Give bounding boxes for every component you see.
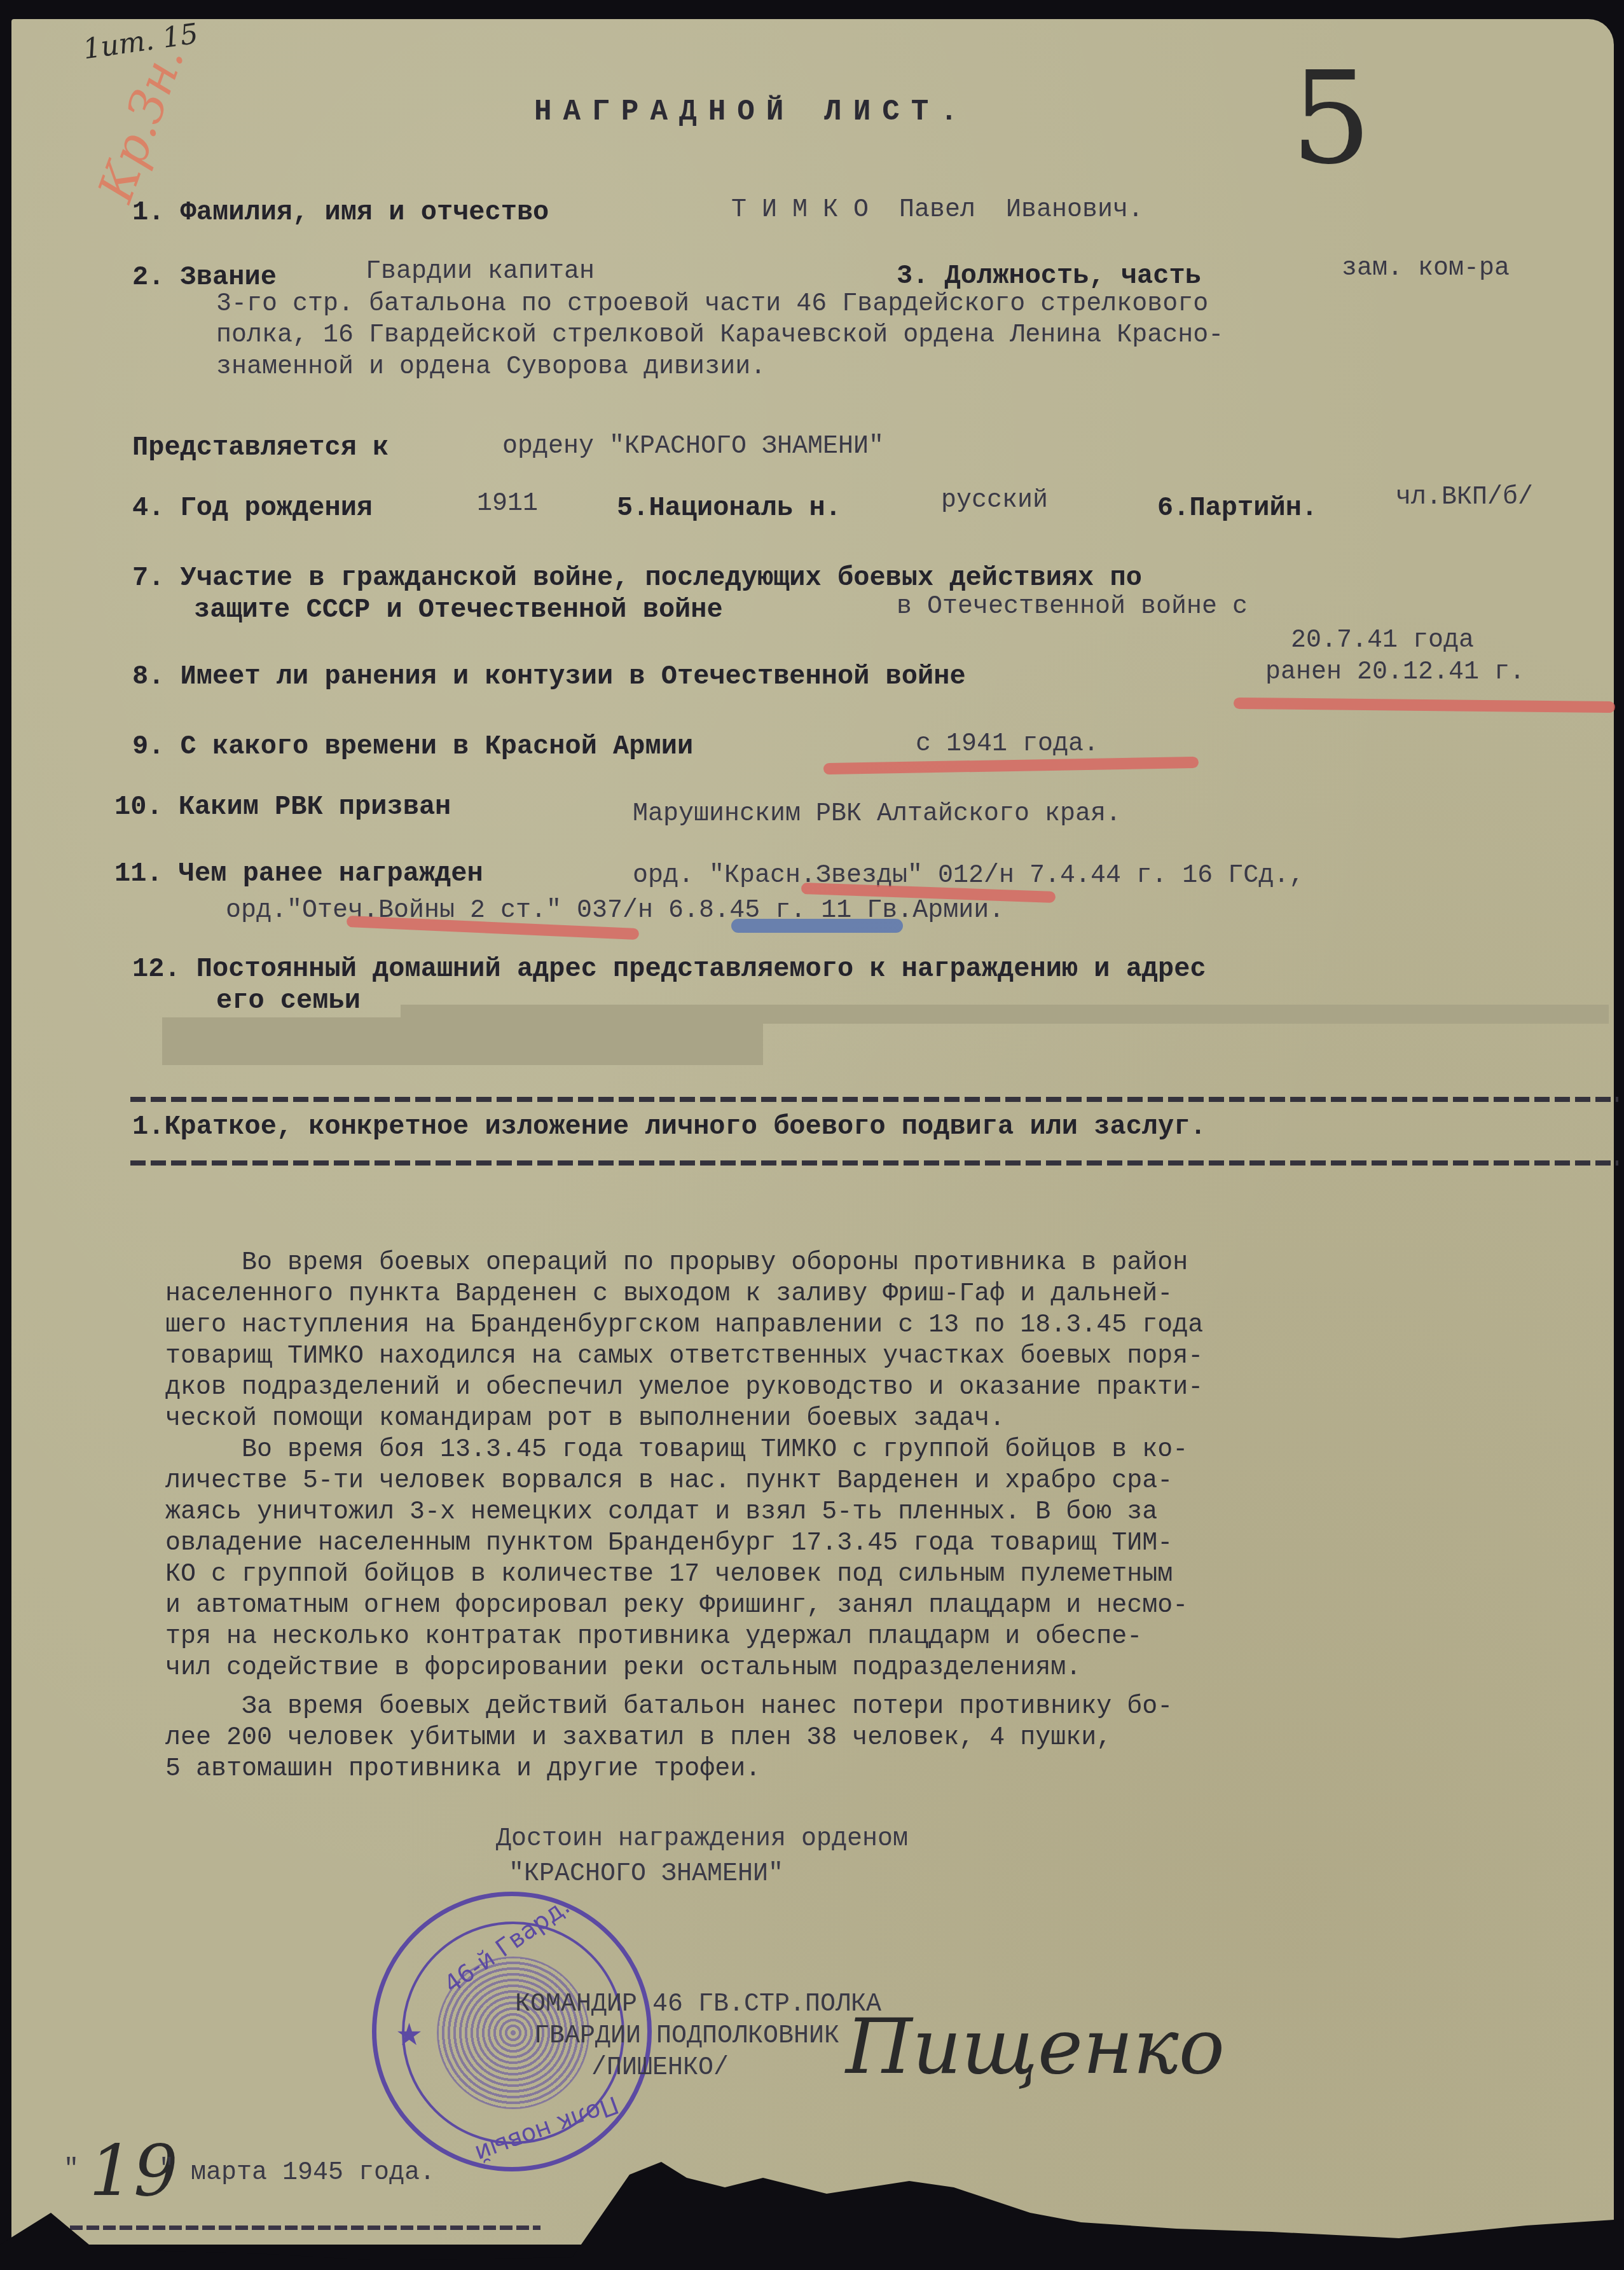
conclusion-line-2-award: "КРАСНОГО ЗНАМЕНИ" (509, 1860, 783, 1888)
field-3-value-unit-line-3: знаменной и ордена Суворова дивизии. (216, 353, 766, 382)
narrative-line: тря на несколько контратак противника уд… (165, 1621, 1142, 1653)
narrative-line: овладение населенным пунктом Бранденбург… (165, 1528, 1173, 1559)
field-4-value-birth-year: 1911 (477, 490, 538, 518)
field-12-label-line-2: его семьи (216, 986, 361, 1016)
field-3-value-unit-line-2: полка, 16 Гвардейской стрелковой Карачев… (216, 321, 1223, 350)
document-title: НАГРАДНОЙ ЛИСТ. (534, 95, 969, 128)
field-1-label: 1. Фамилия, имя и отчество (132, 197, 549, 228)
field-3-value-position: зам. ком-ра (1342, 254, 1510, 283)
field-8-label: 8. Имеет ли ранения и контузии в Отечест… (132, 661, 966, 692)
field-10-value-draft-office: Марушинским РВК Алтайского края. (633, 800, 1121, 829)
signature-name-typed: /ПИШЕНКО/ (591, 2054, 729, 2082)
divider-dashes-top (130, 1097, 1618, 1102)
presented-label: Представляется к (132, 432, 389, 463)
narrative-line: и автоматным огнем форсировал реку Фриши… (165, 1590, 1188, 1621)
field-5-value-nationality: русский (941, 486, 1048, 515)
narrative-line: чил содействие в форсировании реки остал… (165, 1653, 1081, 1684)
field-2-label: 2. Звание (132, 262, 277, 292)
narrative-line: Во время боя 13.3.45 года товарищ ТИМКО … (165, 1434, 1188, 1466)
field-11-value-line-1: орд. "Красн.Звезды" 012/н 7.4.44 г. 16 Г… (633, 862, 1304, 890)
narrative-line: лее 200 человек убитыми и захватил в пле… (165, 1723, 1111, 1754)
signature-title-line-2: ГВАРДИИ ПОДПОЛКОВНИК (534, 2022, 839, 2051)
field-1-value-full-name: Т И М К О Павел Иванович. (731, 196, 1143, 224)
narrative-line: За время боевых действий батальон нанес … (165, 1691, 1173, 1723)
blue-pencil-underline-order-number (731, 919, 903, 933)
page-number-handwritten: 5 (1291, 45, 1372, 193)
stamp-star-icon: ★ (396, 2017, 423, 2053)
field-10-label: 10. Каким РВК призван (114, 792, 451, 822)
narrative-line: жаясь уничтожил 3-х немецких солдат и вз… (165, 1497, 1157, 1528)
field-7-label-line-1: 7. Участие в гражданской войне, последую… (132, 563, 1142, 593)
field-9-label: 9. С какого времени в Красной Армии (132, 731, 693, 762)
field-6-value-party: чл.ВКП/б/ (1396, 483, 1533, 512)
narrative-line: шего наступления на Бранденбургском напр… (165, 1310, 1203, 1341)
presented-value-award: ордену "КРАСНОГО ЗНАМЕНИ" (502, 432, 884, 461)
narrative-line: КО с группой бойцов в количестве 17 чело… (165, 1559, 1173, 1590)
narrative-line: населенного пункта Варденен с выходом к … (165, 1279, 1173, 1310)
narrative-line: товарищ ТИМКО находился на самых ответст… (165, 1341, 1203, 1372)
field-4-label: 4. Год рождения (132, 493, 373, 523)
field-3-value-unit-line-1: 3-го стр. батальона по строевой части 46… (216, 289, 1208, 320)
narrative-line: Во время боевых операций по прорыву обор… (165, 1248, 1188, 1279)
divider-dashes-bottom (130, 1160, 1618, 1166)
torn-paper-edge (0, 2117, 1624, 2270)
field-11-label: 11. Чем ранее награжден (114, 858, 483, 889)
field-2-value-rank: Гвардии капитан (366, 258, 595, 286)
narrative-line: ческой помощи командирам рот в выполнени… (165, 1403, 1005, 1434)
narrative-line: дков подразделений и обеспечил умелое ру… (165, 1372, 1203, 1403)
redacted-address-block-2 (162, 1017, 763, 1065)
section-heading-feat-summary: 1.Краткое, конкретное изложение личного … (132, 1111, 1206, 1142)
narrative-line: 5 автомашин противника и другие трофеи. (165, 1754, 760, 1785)
field-5-label: 5.Националь н. (617, 493, 841, 523)
narrative-line: личестве 5-ти человек ворвался в нас. пу… (165, 1466, 1173, 1497)
field-7-value-date: 20.7.41 года (1291, 626, 1474, 655)
field-7-label-line-2: защите СССР и Отечественной войне (194, 595, 723, 625)
conclusion-line-1: Достоин награждения орденом (496, 1825, 908, 1854)
signature-title-line-1: КОМАНДИР 46 ГВ.СТР.ПОЛКА (515, 1990, 881, 2019)
field-6-label: 6.Партийн. (1157, 493, 1318, 523)
field-3-label: 3. Должность, часть (897, 261, 1201, 291)
field-9-value-service-start: с 1941 года. (916, 730, 1099, 759)
signature-handwritten: Пищенко (846, 2003, 1225, 2091)
field-12-label-line-1: 12. Постоянный домашний адрес представля… (132, 954, 1206, 984)
field-8-value-wounds: ранен 20.12.41 г. (1265, 658, 1525, 687)
field-7-value: в Отечественной войне с (897, 593, 1248, 621)
